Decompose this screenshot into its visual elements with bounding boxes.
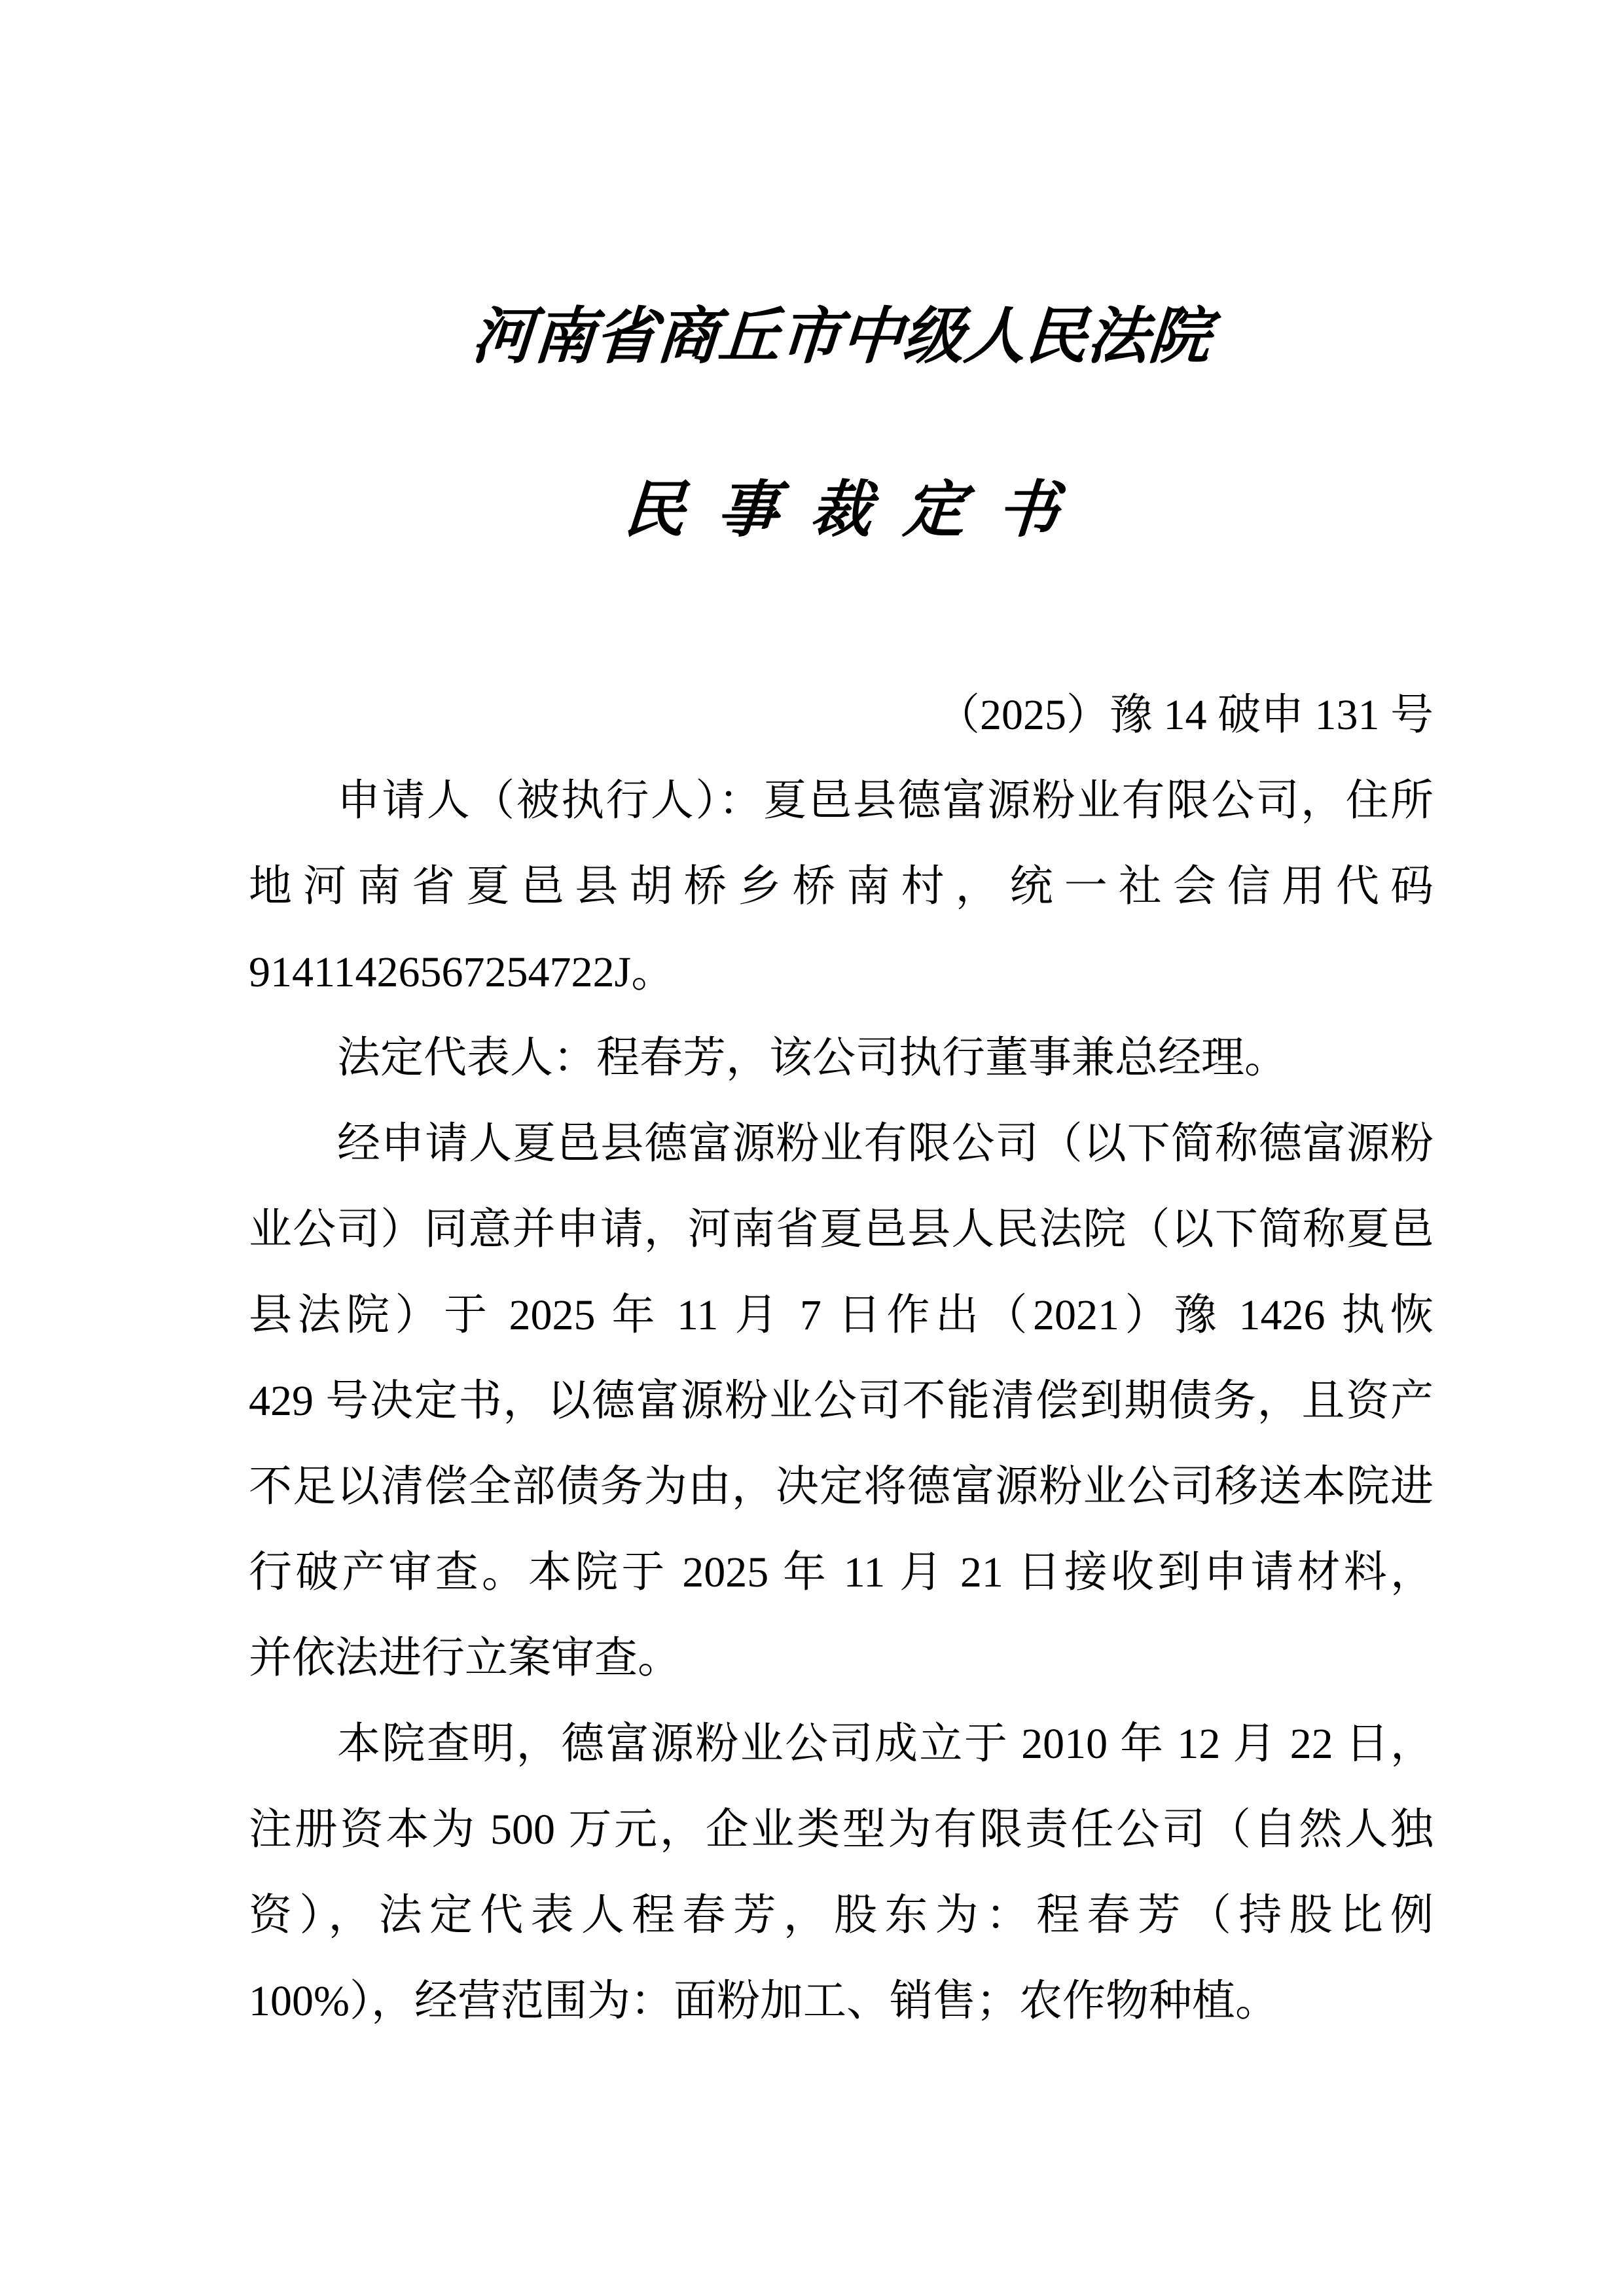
body-line: 429 号决定书，以德富源粉业公司不能清偿到期债务，且资产: [249, 1358, 1434, 1444]
body-line: 业公司）同意并申请，河南省夏邑县人民法院（以下简称夏邑: [249, 1187, 1434, 1272]
body-line: 县法院）于 2025 年 11 月 7 日作出（2021）豫 1426 执恢: [249, 1272, 1434, 1358]
body-line: 经申请人夏邑县德富源粉业有限公司（以下简称德富源粉: [249, 1101, 1434, 1187]
body-line: 法定代表人：程春芳，该公司执行董事兼总经理。: [249, 1015, 1434, 1101]
court-name-heading: 河南省商丘市中级人民法院: [245, 288, 1437, 386]
document-body: 申请人（被执行人）：夏邑县德富源粉业有限公司，住所地河南省夏邑县胡桥乡桥南村，统…: [249, 758, 1434, 2044]
ruling-document-page: 河南省商丘市中级人民法院 民 事 裁 定 书 （2025）豫 14 破申 131…: [0, 0, 1624, 2296]
document-title: 民 事 裁 定 书: [245, 461, 1437, 560]
body-line: 并依法进行立案审查。: [249, 1615, 1434, 1701]
body-line: 申请人（被执行人）：夏邑县德富源粉业有限公司，住所: [249, 758, 1434, 844]
body-line: 本院查明，德富源粉业公司成立于 2010 年 12 月 22 日，: [249, 1701, 1434, 1787]
body-line: 地河南省夏邑县胡桥乡桥南村，统一社会信用代码: [249, 844, 1434, 929]
body-line: 行破产审查。本院于 2025 年 11 月 21 日接收到申请材料，: [249, 1530, 1434, 1615]
body-line: 资），法定代表人程春芳，股东为：程春芳（持股比例: [249, 1873, 1434, 1958]
body-line: 91411426567254722J。: [249, 929, 1434, 1015]
body-line: 注册资本为 500 万元，企业类型为有限责任公司（自然人独: [249, 1787, 1434, 1873]
body-line: 不足以清偿全部债务为由，决定将德富源粉业公司移送本院进: [249, 1444, 1434, 1530]
case-number: （2025）豫 14 破申 131 号: [249, 672, 1434, 758]
body-line: 100%），经营范围为：面粉加工、销售；农作物种植。: [249, 1958, 1434, 2044]
